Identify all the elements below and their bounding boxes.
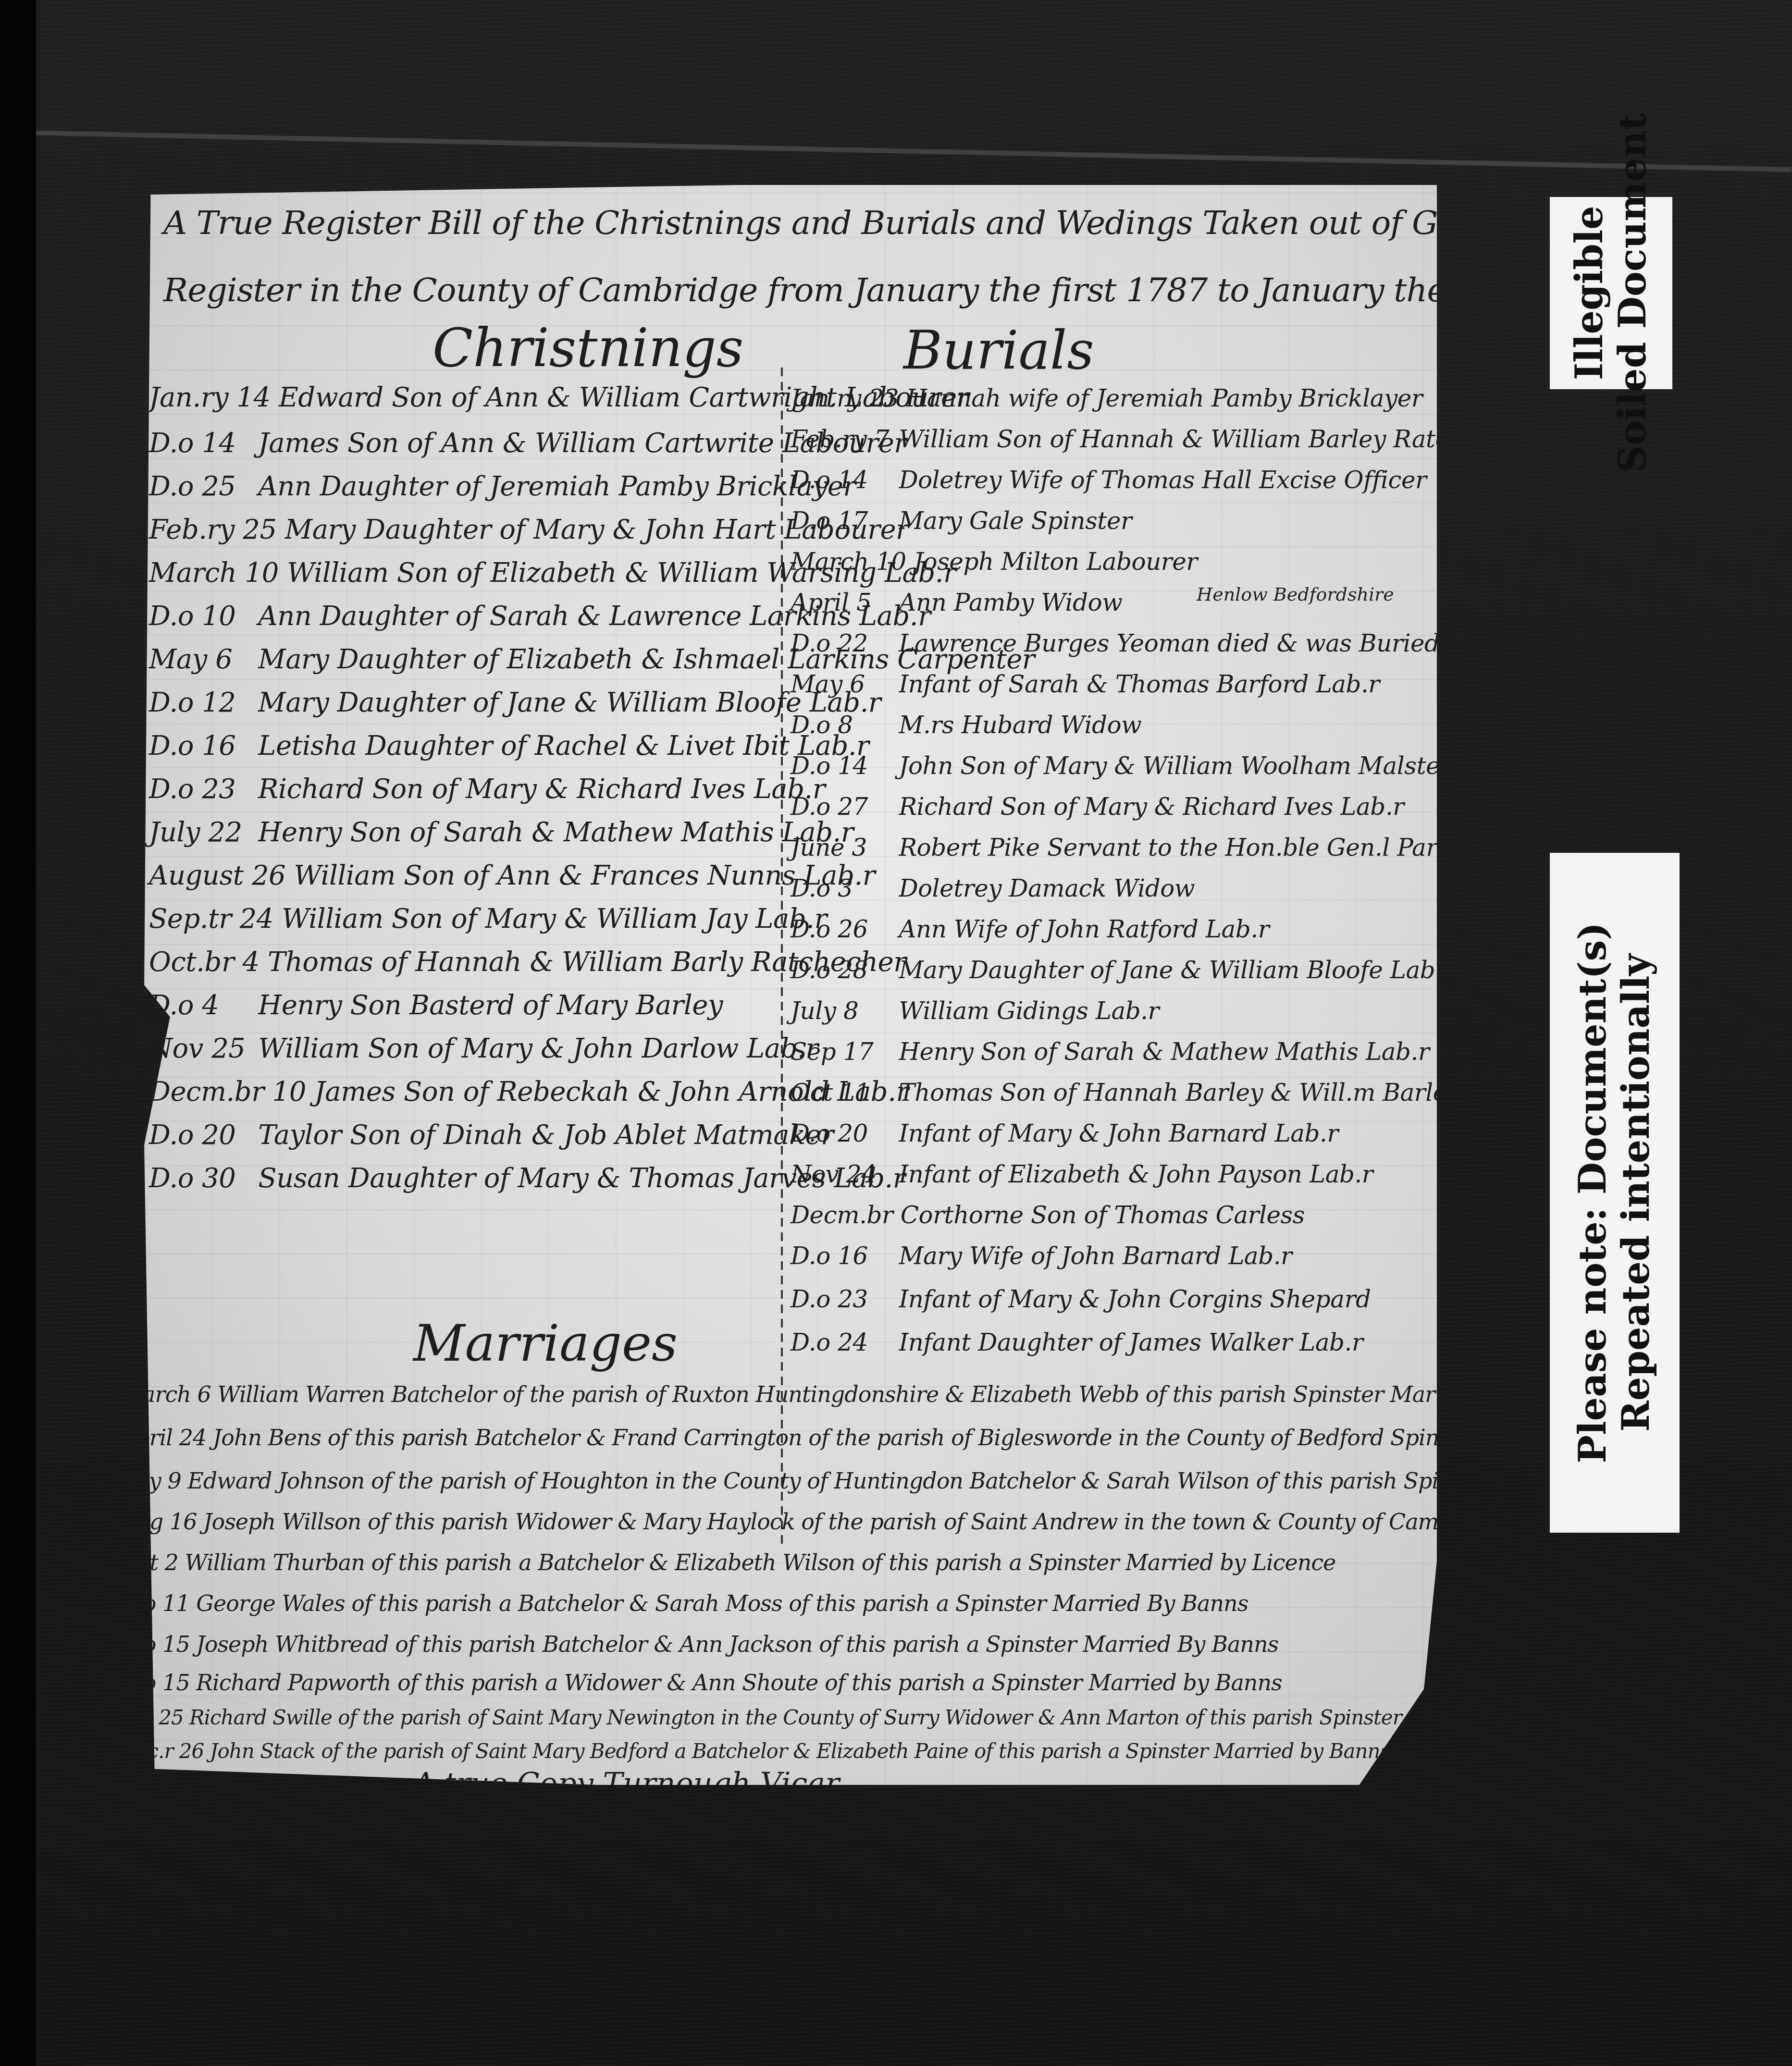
burial-entry: D.o 8 M.rs Hubard Widow	[791, 711, 1141, 739]
entry-text: Robert Pike Servant to the Hon.ble Gen.l…	[899, 834, 1477, 861]
christening-entry: D.o 23 Richard Son of Mary & Richard Ive…	[149, 774, 825, 805]
entry-date: D.o 23	[791, 1285, 891, 1313]
entry-date: D.o 3	[791, 874, 891, 902]
christenings-heading: Christnings	[433, 317, 743, 379]
burial-entry: May 6 Infant of Sarah & Thomas Barford L…	[791, 670, 1380, 698]
entry-date: March 10	[791, 548, 906, 576]
entry-date: D.o 25	[149, 471, 250, 502]
marriage-entry: March 6 William Warren Batchelor of the …	[120, 1381, 1583, 1407]
entry-text: William Son of Ann & Frances Nunns Lab.r	[294, 860, 876, 891]
entry-date: D.o 24	[791, 1328, 891, 1356]
entry-text: M.rs Hubard Widow	[899, 711, 1141, 739]
burial-entry: June 3 Robert Pike Servant to the Hon.bl…	[791, 834, 1477, 861]
burial-entry: March 10 Joseph Milton Labourer	[791, 548, 1198, 576]
burial-entry: Oct 11 Thomas Son of Hannah Barley & Wil…	[791, 1079, 1460, 1107]
burial-entry: Sep 17 Henry Son of Sarah & Mathew Mathi…	[791, 1038, 1429, 1066]
burial-entry: Feb.ry 7 William Son of Hannah & William…	[791, 425, 1541, 453]
entry-date: July 8	[791, 997, 891, 1025]
burial-entry: April 5 Ann Pamby Widow	[791, 589, 1123, 616]
entry-text: Joseph Whitbread of this parish Batchelo…	[196, 1631, 1278, 1657]
entry-date: April 5	[791, 589, 891, 616]
scan-edge-strip	[0, 0, 36, 2066]
entry-date: D.o 14	[791, 752, 891, 780]
burial-entry: D.o 14 Doletrey Wife of Thomas Hall Exci…	[791, 466, 1426, 494]
entry-text: Mary Daughter of Jane & William Bloofe L…	[258, 687, 881, 718]
entry-date: Decm.br 10	[149, 1076, 306, 1107]
burial-entry: D.o 16 Mary Wife of John Barnard Lab.r	[791, 1242, 1292, 1270]
christening-entry: Nov 25 William Son of Mary & John Darlow…	[149, 1033, 818, 1064]
christening-entry: D.o 16 Letisha Daughter of Rachel & Live…	[149, 730, 869, 762]
entry-text: Ann Wife of John Ratford Lab.r	[899, 915, 1269, 943]
entry-date: D.o 23	[149, 774, 250, 805]
register-page: A True Register Bill of the Christnings …	[144, 185, 1437, 1785]
entry-date: D.o 20	[149, 1119, 250, 1151]
entry-text: Richard Papworth of this parish a Widowe…	[196, 1670, 1282, 1696]
burials-heading: Burials	[903, 320, 1094, 381]
entry-date: August 26	[149, 860, 285, 891]
marriage-entry: D.o 15 Joseph Whitbread of this parish B…	[120, 1631, 1278, 1657]
entry-date: D.o 12	[149, 687, 250, 718]
entry-text: Joseph Milton Labourer	[914, 548, 1198, 576]
entry-text: Mary Daughter of Jane & William Bloofe L…	[899, 956, 1454, 984]
burial-entry: D.o 14 John Son of Mary & William Woolha…	[791, 752, 1451, 780]
entry-text: John Stack of the parish of Saint Mary B…	[210, 1739, 1390, 1763]
entry-text: Richard Son of Mary & Richard Ives Lab.r	[258, 774, 825, 805]
burial-entry: D.o 28 Mary Daughter of Jane & William B…	[791, 956, 1454, 984]
entry-date: D.o 30	[149, 1163, 250, 1194]
entry-date: D.o 17	[791, 507, 891, 535]
entry-date: May 6	[149, 644, 250, 675]
marriage-entry: D.o 15 Richard Papworth of this parish a…	[120, 1670, 1282, 1696]
entry-text: William Son of Mary & John Darlow Lab.r	[258, 1033, 818, 1064]
entry-date: Decm.br	[791, 1201, 893, 1229]
entry-date: March 10	[149, 557, 279, 589]
entry-date: D.o 14	[149, 428, 250, 459]
christening-entry: July 22 Henry Son of Sarah & Mathew Math…	[149, 817, 853, 848]
entry-date: D.o 27	[791, 793, 891, 821]
entry-text: Taylor Son of Dinah & Job Ablet Matmaker	[258, 1119, 833, 1151]
burial-entry: D.o 24 Infant Daughter of James Walker L…	[791, 1328, 1363, 1356]
entry-text: Infant of Elizabeth & John Payson Lab.r	[899, 1160, 1373, 1188]
burial-margin-note: Henlow Bedfordshire	[1197, 584, 1394, 605]
entry-date: D.o 16	[791, 1242, 891, 1270]
entry-text: Thomas Son of Hannah Barley & Will.m Bar…	[899, 1079, 1460, 1107]
entry-date: July 22	[149, 817, 250, 848]
entry-date: Oct 11	[791, 1079, 891, 1107]
entry-date: Nov 24	[791, 1160, 891, 1188]
christening-entry: D.o 25 Ann Daughter of Jeremiah Pamby Br…	[149, 471, 856, 502]
burial-entry: D.o 23 Infant of Mary & John Corgins She…	[791, 1285, 1371, 1313]
entry-date: D.o 26	[791, 915, 891, 943]
label-line: Illegible	[1568, 113, 1611, 473]
entry-date: D.o 16	[149, 730, 250, 762]
title-line-1: A True Register Bill of the Christnings …	[163, 204, 1585, 242]
entry-text: William Thurban of this parish a Batchel…	[185, 1549, 1335, 1575]
marriage-entry: D.o 11 George Wales of this parish a Bat…	[120, 1590, 1248, 1616]
christening-entry: D.o 20 Taylor Son of Dinah & Job Ablet M…	[149, 1119, 834, 1151]
illegible-soiled-label: Illegible Soiled Document	[1550, 197, 1672, 389]
entry-date: D.o 10	[149, 601, 250, 632]
entry-text: Henry Son Basterd of Mary Barley	[258, 990, 723, 1021]
burial-entry: D.o 3 Doletrey Damack Widow	[791, 874, 1195, 902]
entry-text: Ann Pamby Widow	[899, 589, 1122, 616]
entry-text: William Gidings Lab.r	[899, 997, 1159, 1025]
christening-entry: Sep.tr 24 William Son of Mary & William …	[149, 903, 827, 935]
entry-text: William Son of Mary & William Jay Lab.r	[282, 903, 827, 935]
entry-date: D.o 14	[791, 466, 891, 494]
burial-entry: D.o 27 Richard Son of Mary & Richard Ive…	[791, 793, 1404, 821]
entry-text: Henry Son of Sarah & Mathew Mathis Lab.r	[258, 817, 853, 848]
burial-entry: Nov 24 Infant of Elizabeth & John Payson…	[791, 1160, 1373, 1188]
entry-date: Feb.ry 7	[791, 425, 891, 453]
entry-text: William Warren Batchelor of the parish o…	[217, 1381, 1583, 1407]
entry-text: Infant of Mary & John Corgins Shepard	[899, 1285, 1371, 1313]
burial-entry: July 8 William Gidings Lab.r	[791, 997, 1159, 1025]
label-line: Soiled Document	[1611, 113, 1655, 473]
entry-text: Richard Swille of the parish of Saint Ma…	[189, 1706, 1599, 1729]
entry-date: D.o 28	[791, 956, 891, 984]
entry-text: Lawrence Burges Yeoman died & was Buried…	[899, 629, 1470, 657]
entry-date: Sep 17	[791, 1038, 891, 1066]
entry-text: Doletrey Damack Widow	[899, 874, 1195, 902]
entry-date: May 6	[791, 670, 891, 698]
entry-text: Hannah wife of Jeremiah Pamby Bricklayer	[906, 384, 1423, 412]
marriage-entry: Oct 2 William Thurban of this parish a B…	[120, 1549, 1335, 1575]
entry-date: D.o 8	[791, 711, 891, 739]
christening-entry: D.o 4 Henry Son Basterd of Mary Barley	[149, 990, 723, 1021]
entry-date: Sep.tr 24	[149, 903, 273, 935]
entry-date: Feb.ry 25	[149, 514, 277, 545]
entry-date: Jan.ry 14	[149, 382, 271, 413]
burial-entry: D.o 26 Ann Wife of John Ratford Lab.r	[791, 915, 1269, 943]
entry-text: Ann Daughter of Jeremiah Pamby Bricklaye…	[258, 471, 855, 502]
entry-text: Henry Son of Sarah & Mathew Mathis Lab.r	[899, 1038, 1429, 1066]
entry-text: George Wales of this parish a Batchelor …	[196, 1590, 1248, 1616]
burial-entry: D.o 22 Lawrence Burges Yeoman died & was…	[791, 629, 1471, 657]
entry-text: Mary Gale Spinster	[899, 507, 1132, 535]
burial-entry: Jan.ry 23 Hannah wife of Jeremiah Pamby …	[791, 384, 1422, 412]
marriage-entry: Dec.r 26 John Stack of the parish of Sai…	[120, 1739, 1390, 1763]
entry-text: Corthorne Son of Thomas Carless	[901, 1201, 1305, 1229]
entry-date: D.o 20	[791, 1119, 891, 1147]
entry-text: Richard Son of Mary & Richard Ives Lab.r	[899, 793, 1404, 821]
entry-text: Doletrey Wife of Thomas Hall Excise Offi…	[899, 466, 1426, 494]
burial-entry: Decm.br Corthorne Son of Thomas Carless	[791, 1201, 1305, 1229]
entry-date: D.o 22	[791, 629, 891, 657]
entry-text: John Son of Mary & William Woolham Malst…	[899, 752, 1451, 780]
burial-entry: D.o 20 Infant of Mary & John Barnard Lab…	[791, 1119, 1338, 1147]
entry-text: Mary Wife of John Barnard Lab.r	[899, 1242, 1292, 1270]
burial-entry: D.o 17 Mary Gale Spinster	[791, 507, 1132, 535]
entry-text: Letisha Daughter of Rachel & Livet Ibit …	[258, 730, 869, 762]
label-line: Repeated intentionally	[1615, 922, 1658, 1463]
repeated-document-label: Please note: Document(s) Repeated intent…	[1550, 853, 1680, 1533]
entry-date: June 3	[791, 834, 891, 861]
christening-entry: August 26 William Son of Ann & Frances N…	[149, 860, 875, 891]
entry-text: Infant of Sarah & Thomas Barford Lab.r	[899, 670, 1379, 698]
marriages-heading: Marriages	[413, 1314, 678, 1373]
entry-text: Infant Daughter of James Walker Lab.r	[899, 1328, 1363, 1356]
entry-date: Oct.br 4	[149, 947, 260, 978]
entry-date: Jan.ry 23	[791, 384, 899, 412]
entry-text: Infant of Mary & John Barnard Lab.r	[899, 1119, 1338, 1147]
label-line: Please note: Document(s)	[1571, 922, 1615, 1463]
marriage-entry: D.o 25 Richard Swille of the parish of S…	[120, 1706, 1599, 1729]
christening-entry: D.o 12 Mary Daughter of Jane & William B…	[149, 687, 881, 718]
